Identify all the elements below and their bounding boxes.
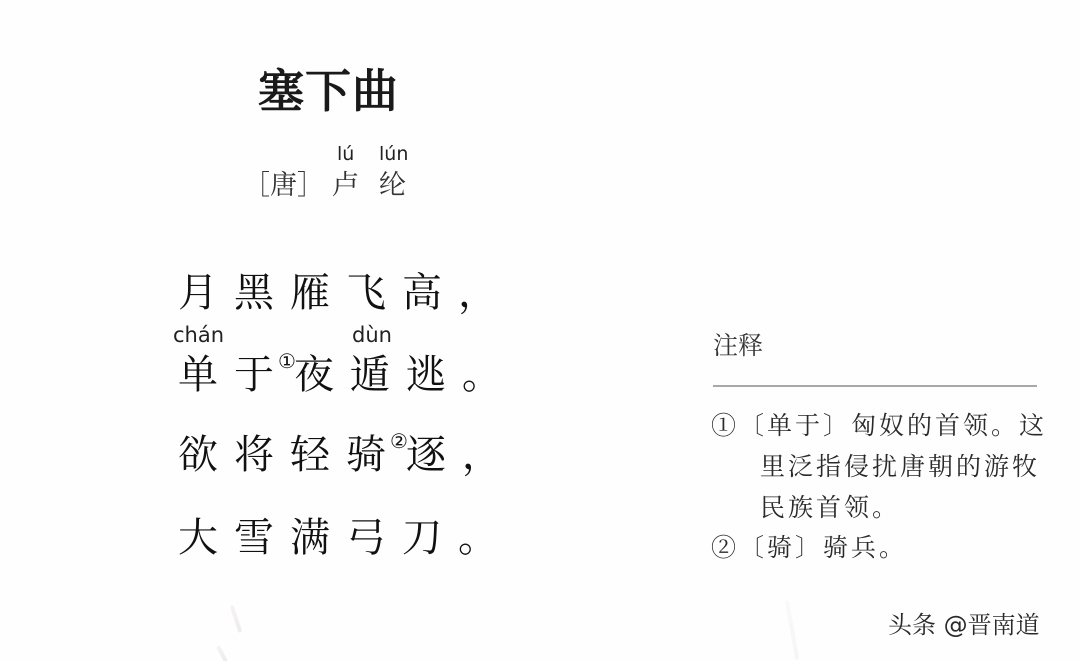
poem-line-3: 欲将轻骑②逐，: [178, 435, 518, 475]
author-name-1: 卢: [332, 172, 359, 199]
footnote-marker-2: ②: [390, 429, 408, 453]
author-line: ［唐］: [243, 172, 324, 199]
decorative-streak: [230, 605, 242, 633]
author-name-2: 纶: [379, 172, 406, 199]
poem-line-3-after: 逐，: [406, 432, 518, 478]
note-1-line-2: 里泛指侵扰唐朝的游牧: [760, 454, 1040, 479]
pinyin-chan: chán: [173, 325, 224, 346]
note-1-line-3: 民族首领。: [760, 495, 900, 520]
notes-heading: 注释: [713, 333, 763, 358]
decorative-streak: [785, 600, 799, 660]
poem-line-2: 单于①夜遁逃。: [178, 355, 518, 395]
footnote-marker-1: ①: [278, 349, 296, 373]
poem-line-3-before: 欲将轻骑: [178, 432, 402, 478]
watermark: 头条 @晋南道: [888, 613, 1040, 637]
poem-line-1: 月黑雁飞高，: [178, 273, 514, 313]
poem-line-4: 大雪满弓刀。: [178, 518, 514, 558]
poem-line-2-before: 单于: [178, 352, 290, 398]
note-2-line-1: ②〔骑〕骑兵。: [711, 535, 907, 560]
author-pinyin-2: lún: [379, 145, 408, 164]
note-1-line-1: ①〔单于〕匈奴的首领。这: [711, 413, 1047, 438]
pinyin-dun: dùn: [352, 325, 392, 346]
author-pinyin-1: lú: [337, 145, 354, 164]
dynasty-label: ［唐］: [243, 170, 324, 201]
poem-title: 塞下曲: [258, 68, 399, 114]
poem-line-2-after: 夜遁逃。: [294, 352, 518, 398]
notes-divider: [713, 385, 1037, 387]
decorative-streak: [216, 645, 228, 661]
